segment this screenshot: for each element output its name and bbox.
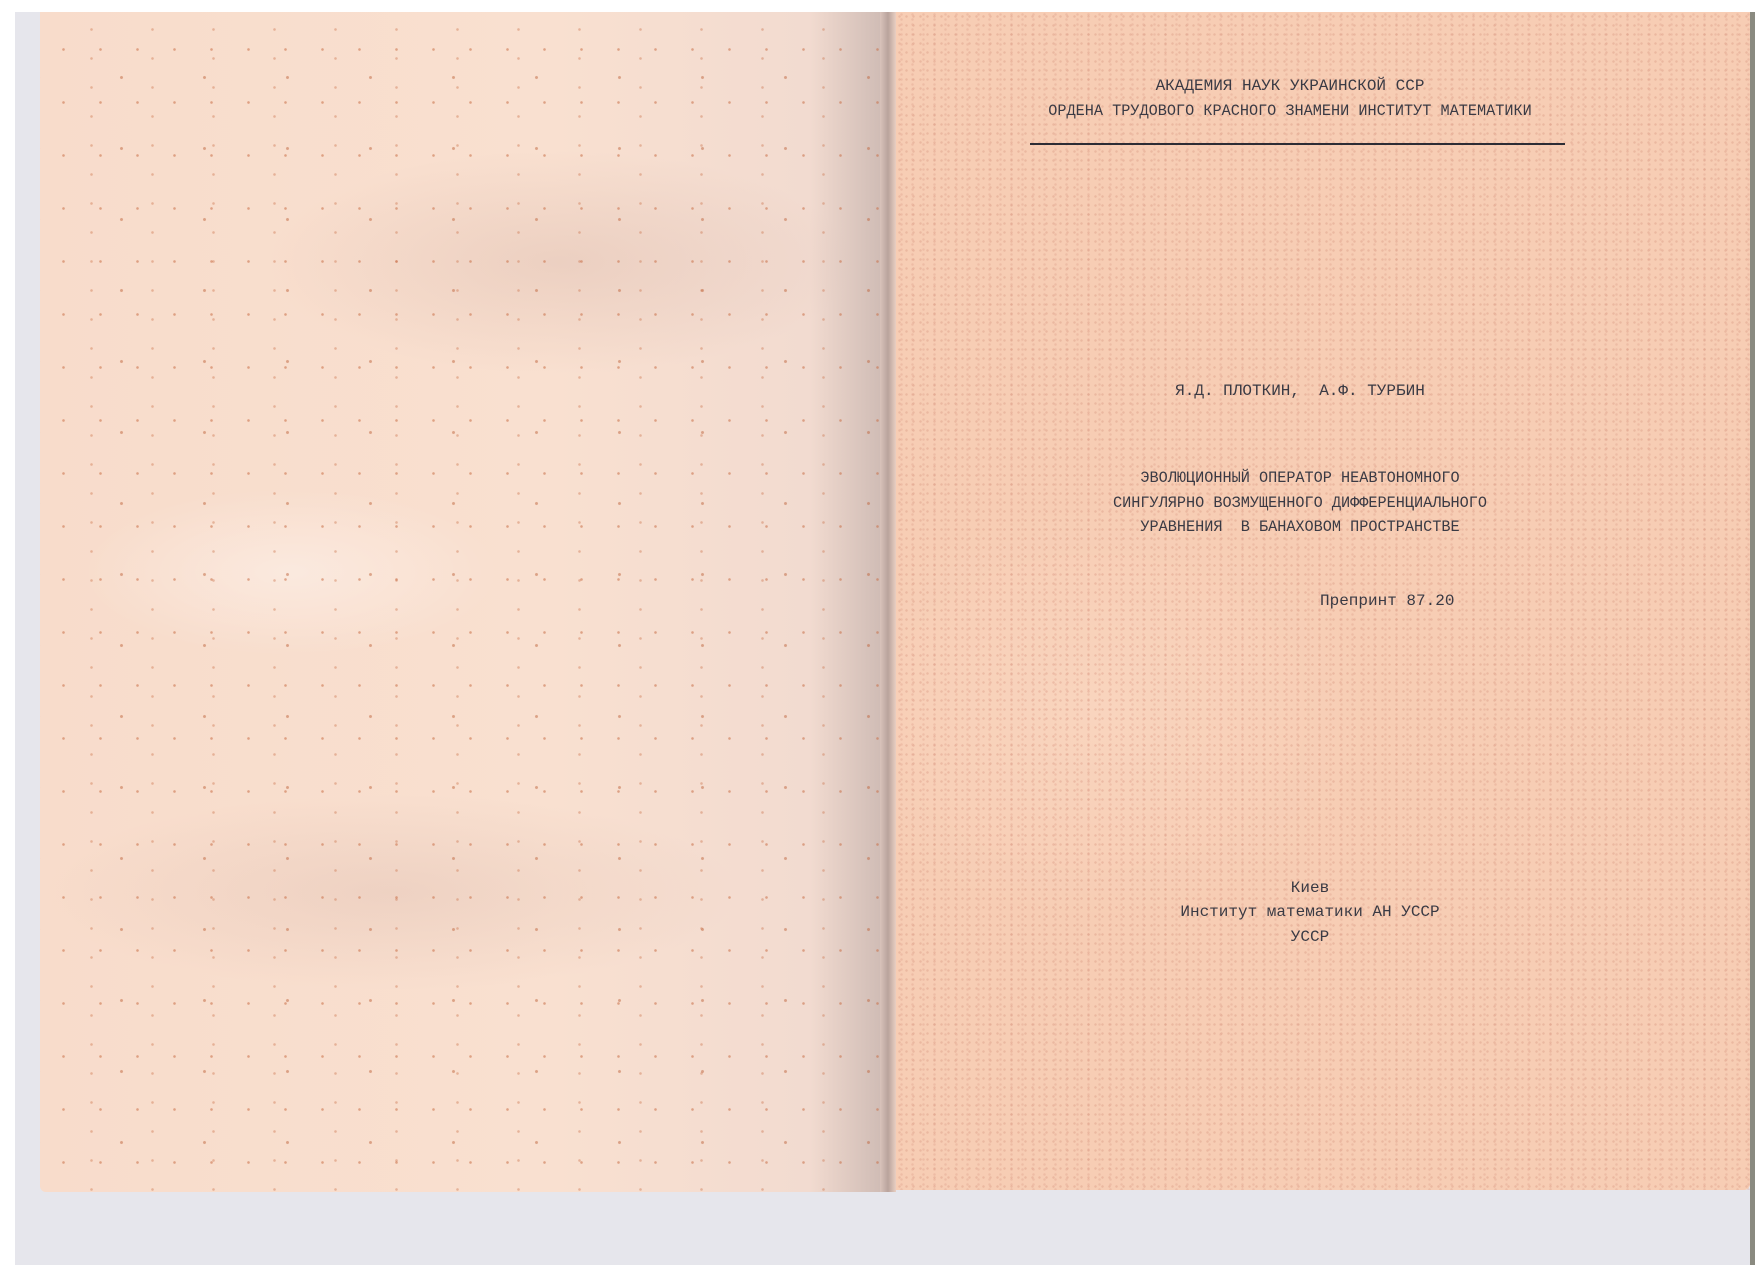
institution-header-line2: ОРДЕНА ТРУДОВОГО КРАСНОГО ЗНАМЕНИ ИНСТИТ… bbox=[1034, 102, 1547, 120]
authors: Я.Д. ПЛОТКИН, А.Ф. ТУРБИН bbox=[1150, 382, 1450, 400]
header-divider bbox=[1030, 143, 1565, 145]
paper-speckle bbox=[40, 12, 895, 1192]
title-line-2: СИНГУЛЯРНО ВОЗМУЩЕННОГО ДИФФЕРЕНЦИАЛЬНОГ… bbox=[1072, 494, 1528, 512]
imprint-country: УССР bbox=[1150, 928, 1470, 946]
scan-edge bbox=[1750, 12, 1755, 1265]
title-line-1: ЭВОЛЮЦИОННЫЙ ОПЕРАТОР НЕАВТОНОМНОГО bbox=[1072, 469, 1528, 487]
title-line-3: УРАВНЕНИЯ В БАНАХОВОМ ПРОСТРАНСТВЕ bbox=[1072, 518, 1528, 536]
institution-header-line1: АКАДЕМИЯ НАУК УКРАИНСКОЙ ССР bbox=[1020, 77, 1560, 95]
preprint-number: Препринт 87.20 bbox=[1320, 592, 1500, 610]
booklet-spine bbox=[880, 12, 896, 1192]
imprint-city: Киев bbox=[1150, 879, 1470, 897]
imprint-publisher: Институт математики АН УССР bbox=[1150, 903, 1470, 921]
left-page bbox=[40, 12, 895, 1192]
